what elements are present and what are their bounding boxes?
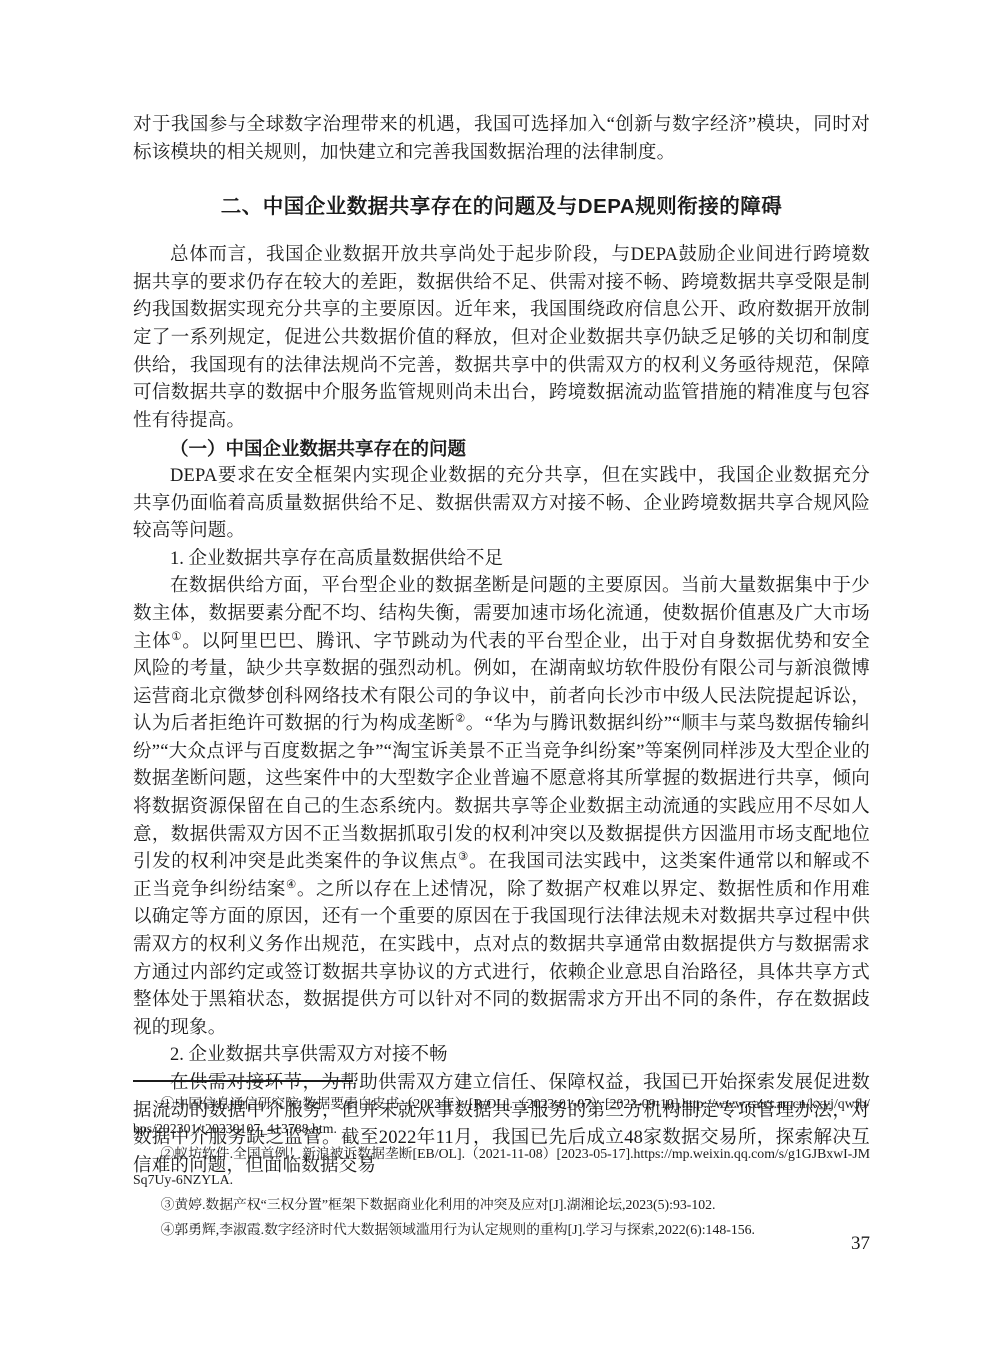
footnote-ref-4: ④ bbox=[286, 879, 297, 891]
paragraph-supply: 在数据供给方面，平台型企业的数据垄断是问题的主要原因。当前大量数据集中于少数主体… bbox=[133, 573, 870, 1042]
point2-heading: 2. 企业数据共享供需双方对接不畅 bbox=[133, 1042, 870, 1070]
footnote-1: ①中国信息通信研究院.数据要素白皮书（2022年）[R/OL].（2023-01… bbox=[133, 1091, 870, 1141]
text-segment: 。之所以存在上述情况，除了数据产权难以界定、数据性质和作用难以确定等方面的原因，… bbox=[133, 880, 870, 1038]
footnote-block: ①中国信息通信研究院.数据要素白皮书（2022年）[R/OL].（2023-01… bbox=[133, 1080, 870, 1242]
footnote-ref-2: ② bbox=[455, 713, 466, 725]
footnote-ref-3: ③ bbox=[458, 851, 469, 863]
paragraph-overview: 总体而言，我国企业数据开放共享尚处于起步阶段，与DEPA鼓励企业间进行跨境数据共… bbox=[133, 242, 870, 435]
footnote-separator bbox=[133, 1080, 353, 1082]
point1-heading: 1. 企业数据共享存在高质量数据供给不足 bbox=[133, 546, 870, 574]
footnote-ref-1: ① bbox=[171, 630, 182, 642]
paragraph-carryover: 对于我国参与全球数字治理带来的机遇，我国可选择加入“创新与数字经济”模块，同时对… bbox=[133, 112, 870, 167]
page-number: 37 bbox=[133, 1232, 870, 1256]
document-page: 对于我国参与全球数字治理带来的机遇，我国可选择加入“创新与数字经济”模块，同时对… bbox=[0, 0, 1000, 1347]
section-heading: 二、中国企业数据共享存在的问题及与DEPA规则衔接的障碍 bbox=[133, 192, 870, 222]
subsection-heading: （一）中国企业数据共享存在的问题 bbox=[133, 435, 870, 463]
footnote-3: ③黄婷.数据产权“三权分置”框架下数据商业化利用的冲突及应对[J].湖湘论坛,2… bbox=[133, 1192, 870, 1217]
paragraph-subsection-intro: DEPA要求在安全框架内实现企业数据的充分共享，但在实践中，我国企业数据充分共享… bbox=[133, 463, 870, 546]
text-segment: 。“华为与腾讯数据纠纷”“顺丰与菜鸟数据传输纠纷”“大众点评与百度数据之争”“淘… bbox=[133, 714, 870, 872]
page-content: 对于我国参与全球数字治理带来的机遇，我国可选择加入“创新与数字经济”模块，同时对… bbox=[133, 112, 870, 1180]
footnote-2: ②蚁坊软件.全国首例！新浪被诉数据垄断[EB/OL].（2021-11-08）[… bbox=[133, 1141, 870, 1191]
